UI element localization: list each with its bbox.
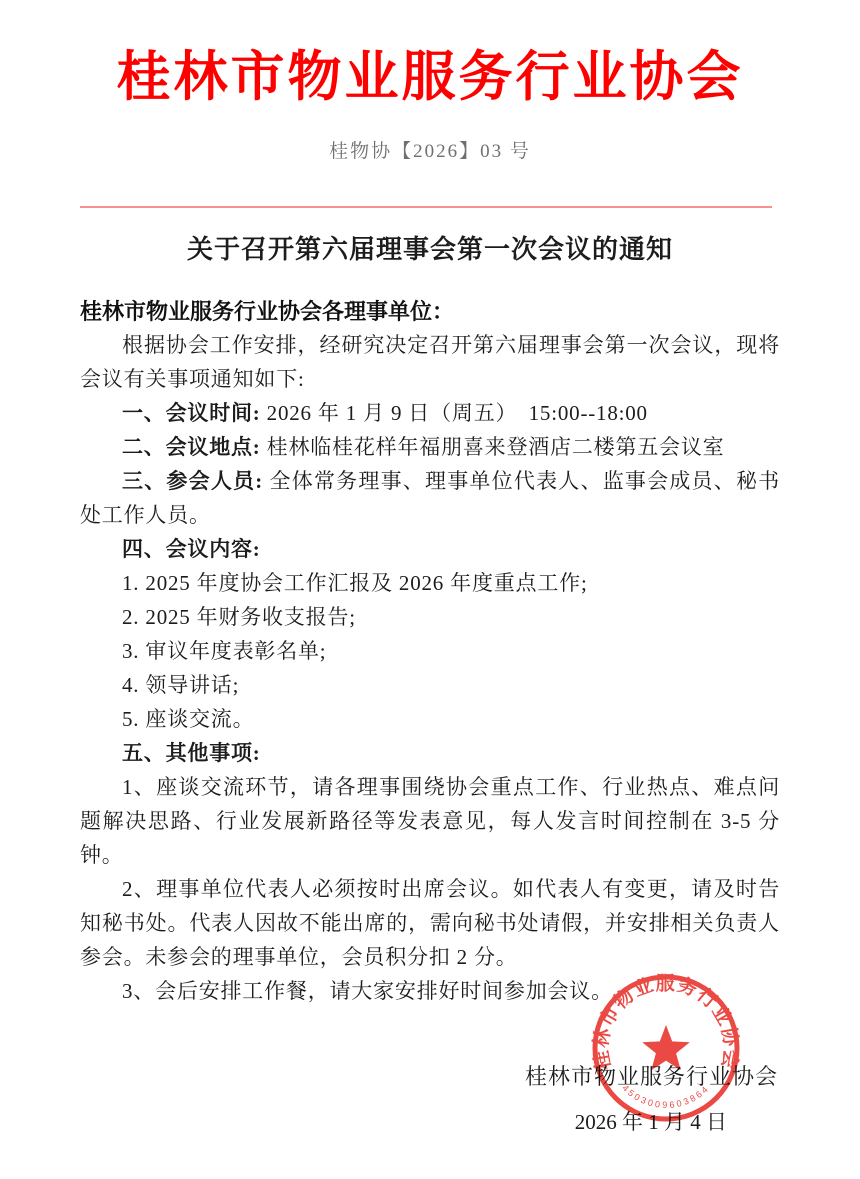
other-paragraph-3: 3、会后安排工作餐，请大家安排好时间参加会议。 [80,974,780,1008]
agenda-item-2: 2. 2025 年财务收支报告; [80,600,780,634]
section-meeting-time-value: 2026 年 1 月 9 日（周五） 15:00--18:00 [267,401,648,425]
section-meeting-time: 一、会议时间: 2026 年 1 月 9 日（周五） 15:00--18:00 [80,396,780,430]
agenda-item-5: 5. 座谈交流。 [80,702,780,736]
section-meeting-place-label: 二、会议地点: [122,435,261,459]
document-number: 桂物协【2026】03 号 [0,140,860,164]
other-paragraph-2: 2、理事单位代表人必须按时出席会议。如代表人有变更，请及时告知秘书处。代表人因故… [80,872,780,974]
red-divider-line [80,206,772,208]
notice-title: 关于召开第六届理事会第一次会议的通知 [0,232,860,268]
section-meeting-place-value: 桂林临桂花样年福朋喜来登酒店二楼第五会议室 [267,435,725,459]
agenda-item-4: 4. 领导讲话; [80,668,780,702]
signature-block: 桂林市物业服务行业协会 2026 年 1 月 4 日 [80,1060,780,1139]
notice-body: 根据协会工作安排，经研究决定召开第六届理事会第一次会议，现将会议有关事项通知如下… [80,328,780,1008]
agenda-item-3: 3. 审议年度表彰名单; [80,634,780,668]
section-meeting-place: 二、会议地点: 桂林临桂花样年福朋喜来登酒店二楼第五会议室 [80,430,780,464]
section-attendees-label: 三、参会人员: [122,469,263,493]
agenda-item-1: 1. 2025 年度协会工作汇报及 2026 年度重点工作; [80,566,780,600]
section-other-label: 五、其他事项: [122,741,261,765]
section-meeting-time-label: 一、会议时间: [122,401,261,425]
organization-title: 桂林市物业服务行业协会 [0,0,860,110]
notice-document-page: 桂林市物业服务行业协会 桂物协【2026】03 号 关于召开第六届理事会第一次会… [0,0,860,1179]
section-agenda-heading: 四、会议内容: [80,532,780,566]
section-attendees: 三、参会人员: 全体常务理事、理事单位代表人、监事会成员、秘书处工作人员。 [80,464,780,532]
section-other-heading: 五、其他事项: [80,736,780,770]
intro-paragraph: 根据协会工作安排，经研究决定召开第六届理事会第一次会议，现将会议有关事项通知如下… [80,328,780,396]
signature-org-name: 桂林市物业服务行业协会 [80,1060,780,1094]
other-paragraph-1: 1、座谈交流环节，请各理事围绕协会重点工作、行业热点、难点问题解决思路、行业发展… [80,770,780,872]
salutation-line: 桂林市物业服务行业协会各理事单位： [80,296,780,328]
signature-date: 2026 年 1 月 4 日 [80,1105,780,1139]
section-agenda-label: 四、会议内容: [122,537,261,561]
